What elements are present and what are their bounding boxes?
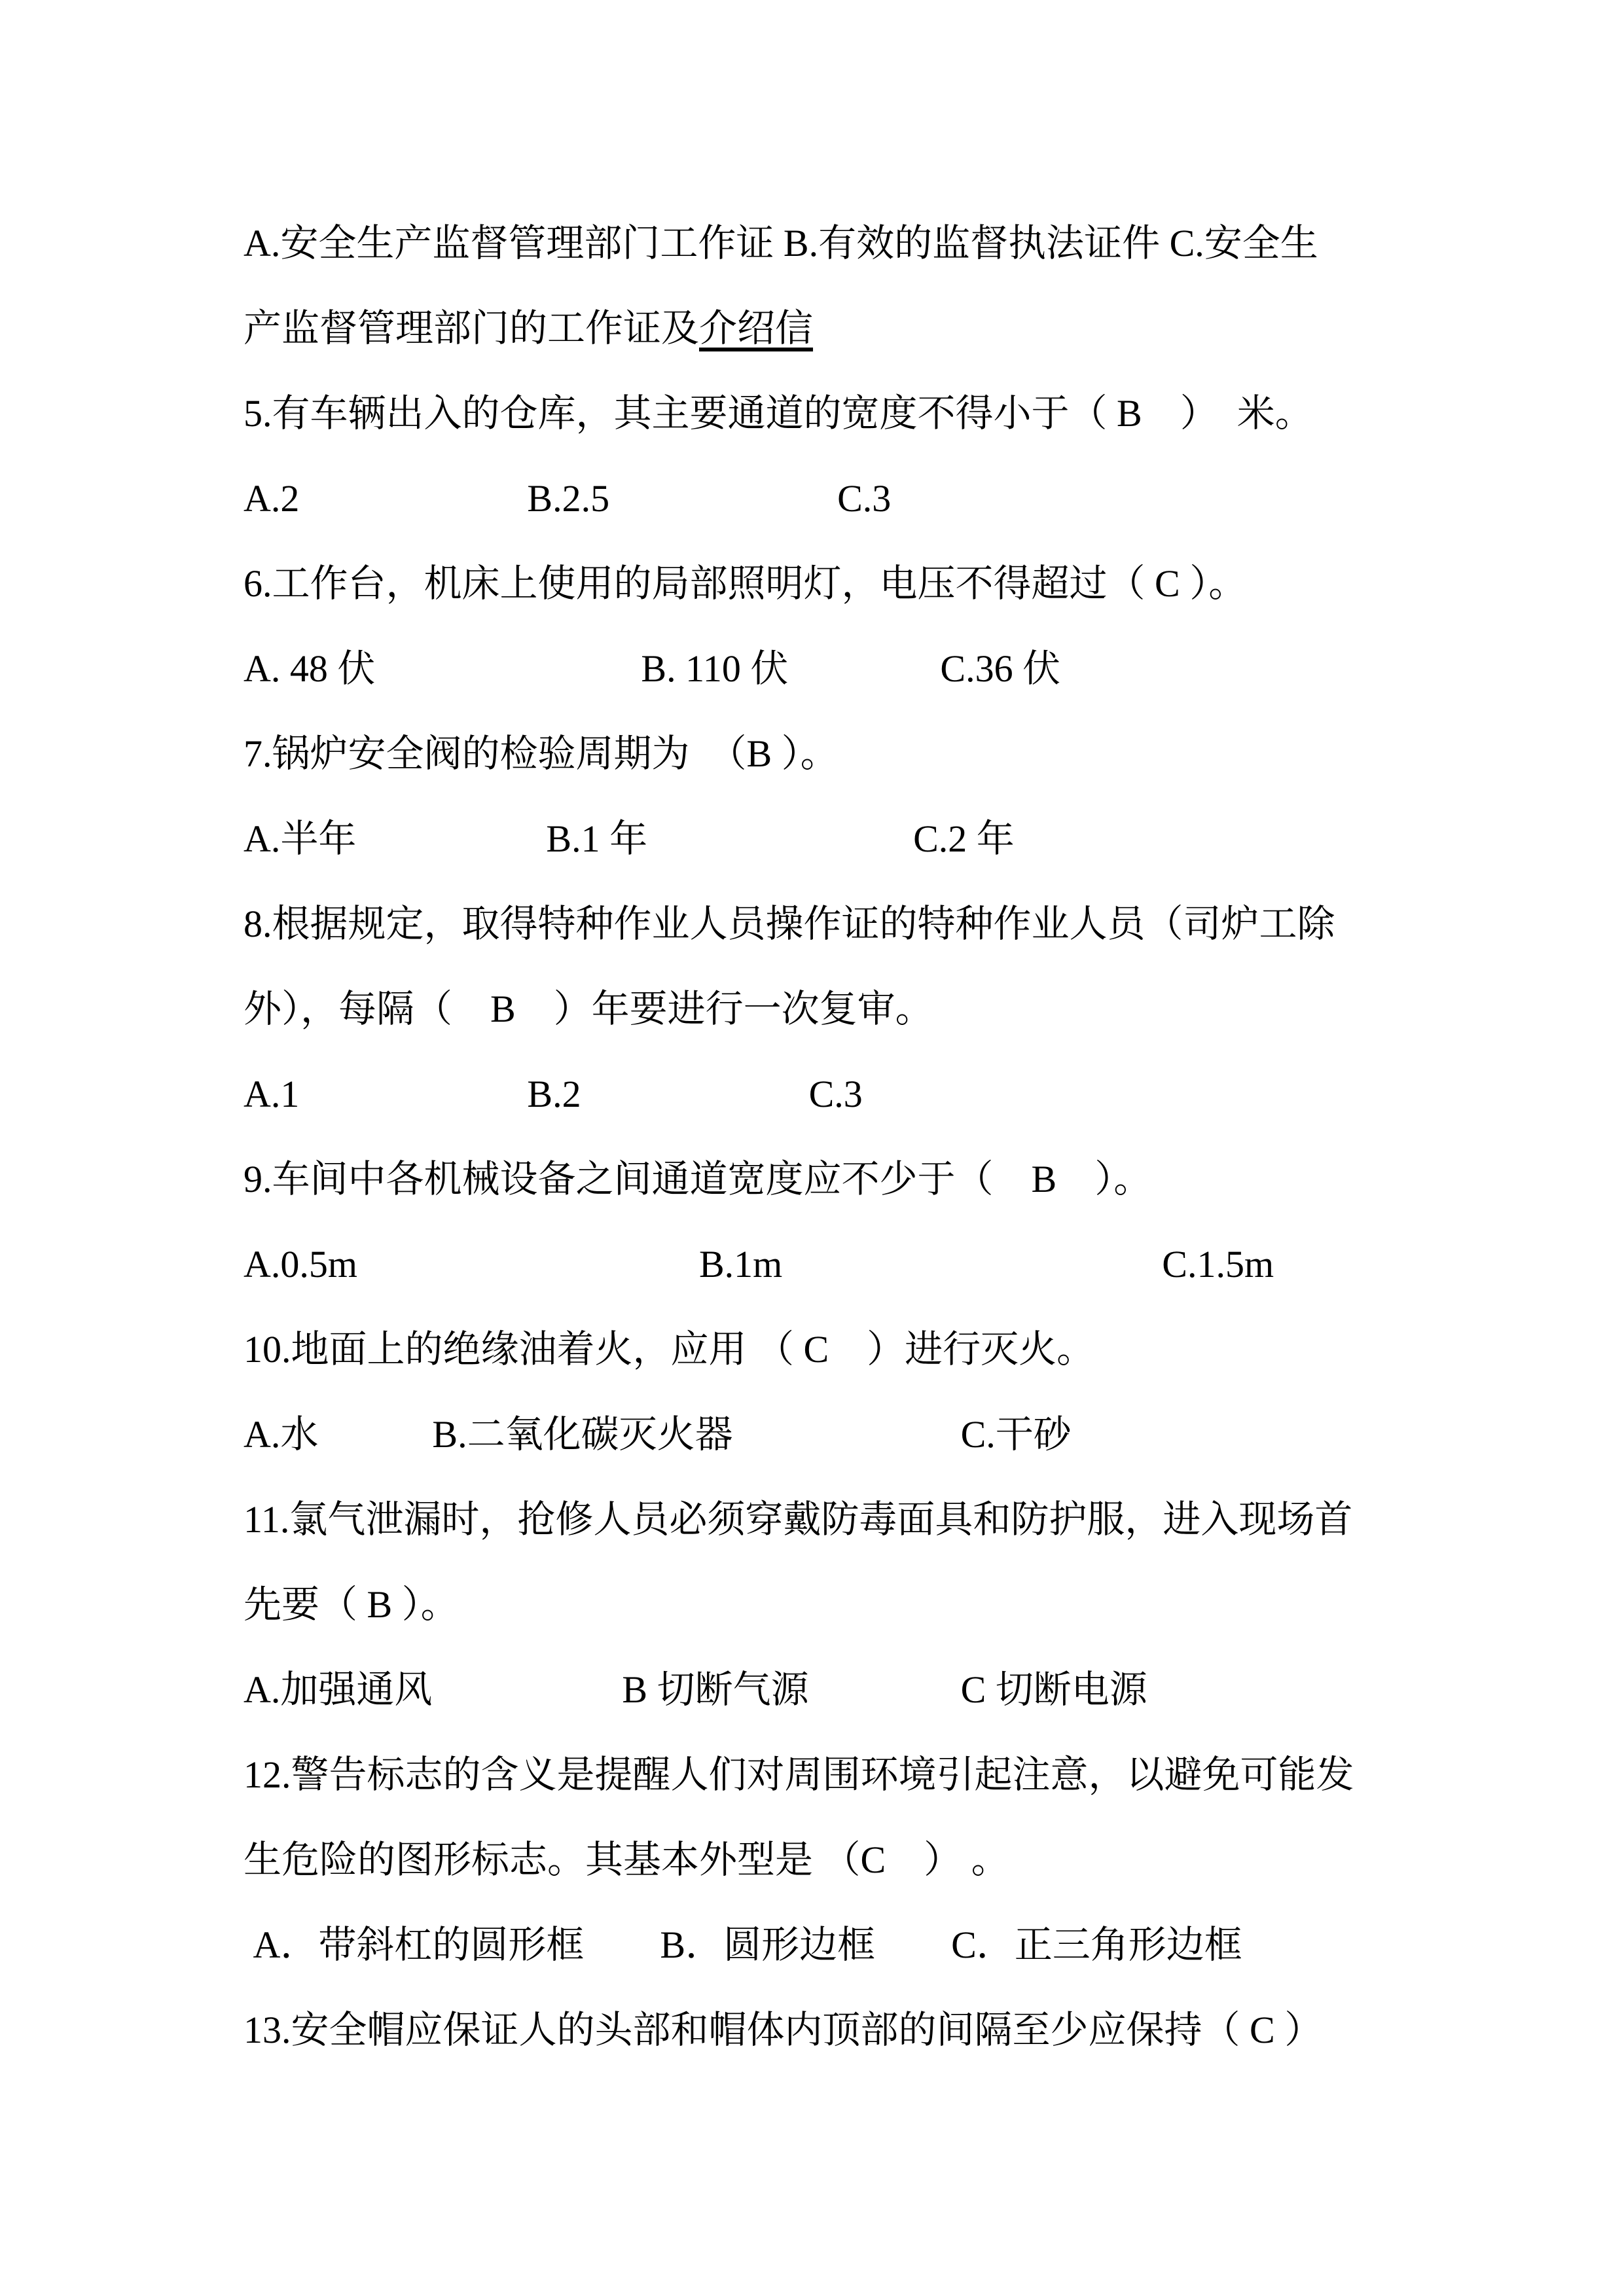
- question-4-options-line-1: A.安全生产监督管理部门工作证 B.有效的监督执法证件 C.安全生: [244, 201, 1447, 286]
- question-7-text: 7.锅炉安全阀的检验周期为 （B ）。: [244, 711, 1447, 797]
- question-6-options: A. 48 伏 B. 110 伏 C.36 伏: [244, 626, 1447, 711]
- question-4-options-line-2: 产监督管理部门的工作证及介绍信: [244, 286, 1447, 371]
- question-5-options: A.2 B.2.5 C.3: [244, 456, 1447, 541]
- exam-page: A.安全生产监督管理部门工作证 B.有效的监督执法证件 C.安全生 产监督管理部…: [0, 0, 1624, 2296]
- question-9-text: 9.车间中各机械设备之间通道宽度应不少于（ B ）。: [244, 1137, 1447, 1222]
- question-12-options: A．带斜杠的圆形框 B．圆形边框 C．正三角形边框: [244, 1903, 1447, 1988]
- question-12-text-line-2: 生危险的图形标志。其基本外型是 （C ） 。: [244, 1818, 1447, 1903]
- question-8-options: A.1 B.2 C.3: [244, 1052, 1447, 1137]
- question-10-text: 10.地面上的绝缘油着火，应用 （ C ）进行灭火。: [244, 1307, 1447, 1392]
- question-6-text: 6.工作台，机床上使用的局部照明灯，电压不得超过（ C ）。: [244, 541, 1447, 626]
- question-8-text-line-1: 8.根据规定，取得特种作业人员操作证的特种作业人员（司炉工除: [244, 882, 1447, 967]
- question-13-text: 13.安全帽应保证人的头部和帽体内顶部的间隔至少应保持（ C ）: [244, 1988, 1447, 2073]
- question-8-text-line-2: 外），每隔（ B ）年要进行一次复审。: [244, 967, 1447, 1052]
- question-12-text-line-1: 12.警告标志的含义是提醒人们对周围环境引起注意，以避免可能发: [244, 1732, 1447, 1818]
- question-11-text-line-1: 11.氯气泄漏时，抢修人员必须穿戴防毒面具和防护服，进入现场首: [244, 1477, 1447, 1562]
- underlined-answer-text: 介绍信: [699, 307, 813, 350]
- question-4-options-text: 产监督管理部门的工作证及: [244, 307, 699, 350]
- question-11-text-line-2: 先要（ B ）。: [244, 1562, 1447, 1647]
- question-5-text: 5.有车辆出入的仓库，其主要通道的宽度不得小于（ B ） 米。: [244, 371, 1447, 456]
- question-7-options: A.半年 B.1 年 C.2 年: [244, 797, 1447, 882]
- question-10-options: A.水 B.二氧化碳灭火器 C.干砂: [244, 1392, 1447, 1477]
- question-9-options: A.0.5m B.1m C.1.5m: [244, 1222, 1447, 1307]
- question-11-options: A.加强通风 B 切断气源 C 切断电源: [244, 1647, 1447, 1732]
